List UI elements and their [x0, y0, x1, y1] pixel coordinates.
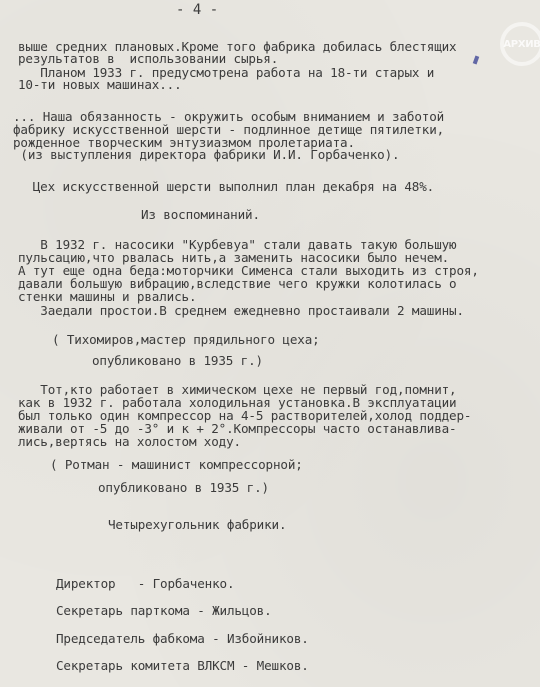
- text-line: ( Ротман - машинист компрессорной;: [50, 458, 303, 471]
- list-item: Председатель фабкома - Избойников.: [56, 632, 309, 645]
- text-line: лись,вертясь на холостом ходу.: [18, 435, 241, 448]
- watermark-text: АРХИВ: [503, 39, 540, 50]
- leadership-heading: Четырехугольник фабрики.: [108, 518, 286, 531]
- text-line: стенки машины и рвались.: [18, 290, 196, 303]
- page-number: - 4 -: [176, 2, 218, 18]
- list-item: Директор - Горбаченко.: [56, 577, 234, 590]
- text-line: опубликовано в 1935 г.): [98, 481, 269, 494]
- plan-result-line: Цех искусственной шерсти выполнил план д…: [3, 180, 434, 193]
- quote-attribution: (из выступления директора фабрики И.И. Г…: [13, 148, 399, 161]
- ink-correction-mark: [473, 56, 479, 65]
- text-line: ( Тихомиров,мастер прядильного цеха;: [52, 333, 320, 346]
- list-item: Секретарь парткома - Жильцов.: [56, 604, 272, 617]
- text-line: результатов в использовании сырья.: [18, 52, 278, 65]
- document-page: - 4 - АРХИВ выше средних плановых.Кроме …: [0, 0, 540, 687]
- list-item: Секретарь комитета ВЛКСМ - Мешков.: [56, 659, 309, 672]
- text-line: Заедали простои.В среднем ежедневно прос…: [18, 304, 464, 317]
- text-line: 10-ти новых машинах...: [18, 78, 182, 91]
- archive-watermark-logo: АРХИВ: [500, 22, 540, 66]
- text-line: опубликовано в 1935 г.): [92, 354, 263, 367]
- memoirs-heading: Из воспоминаний.: [141, 208, 260, 221]
